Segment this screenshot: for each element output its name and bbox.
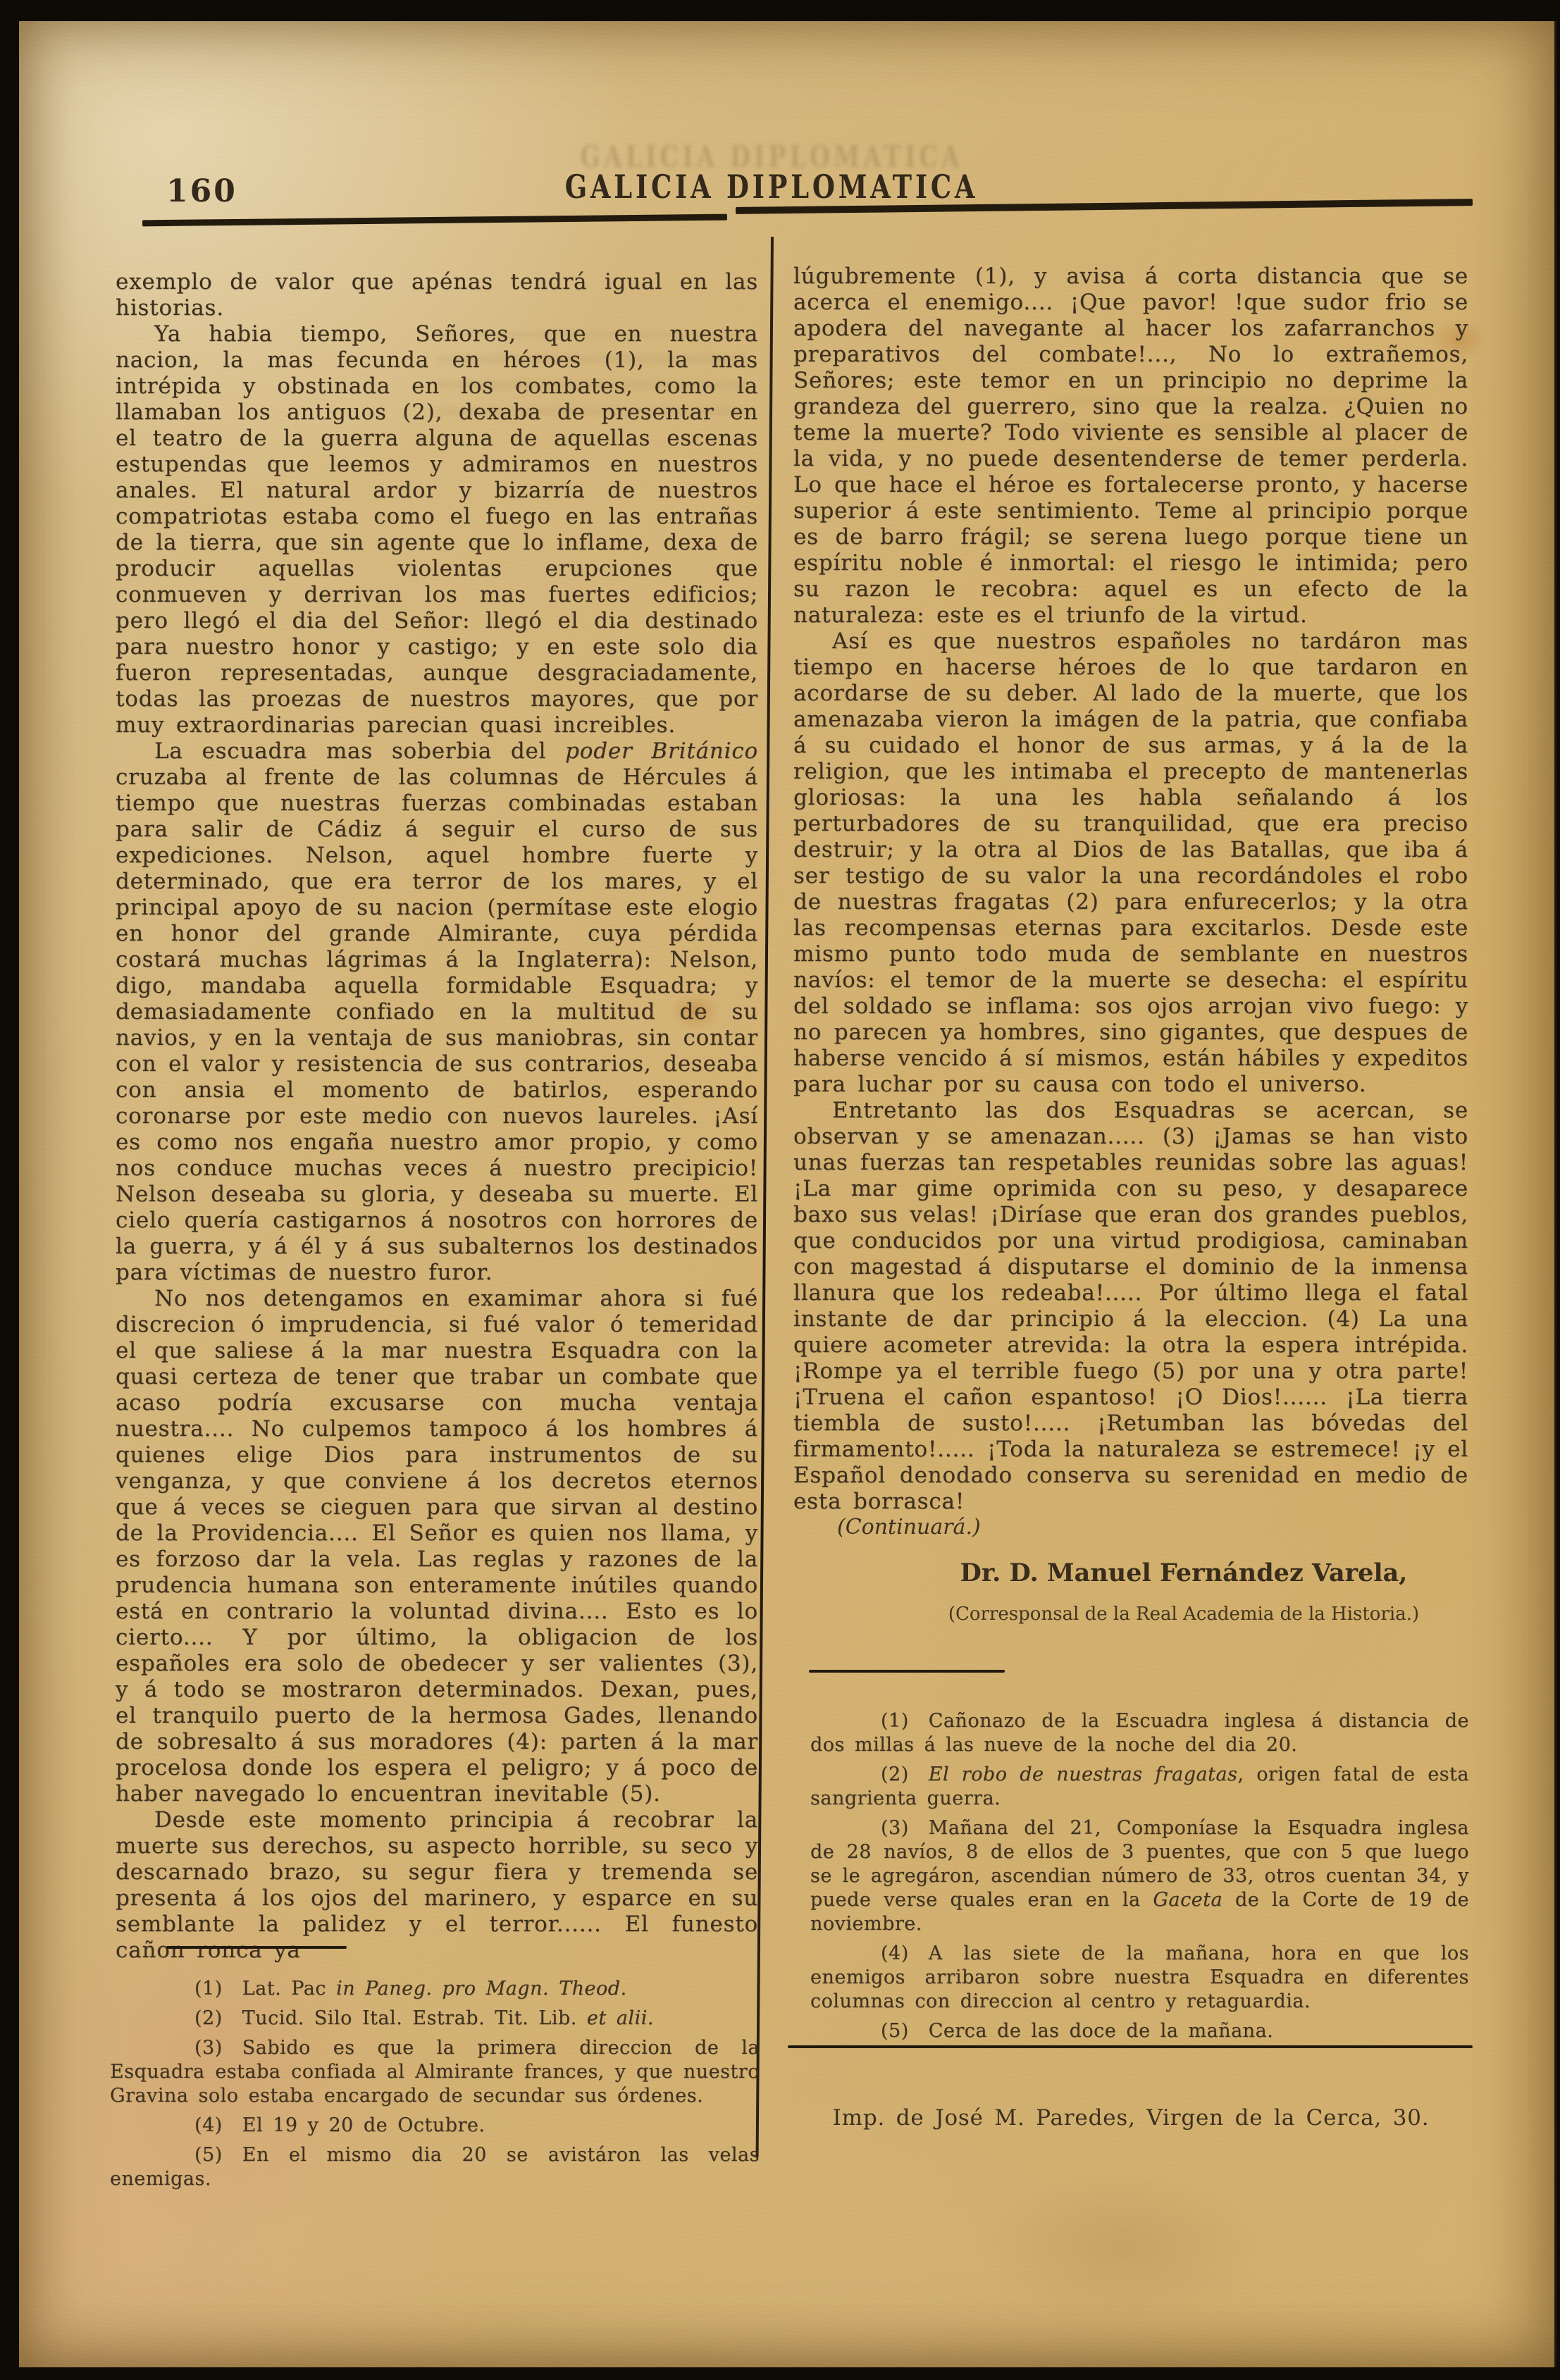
footnote-rule-left xyxy=(166,1946,347,1949)
italic-citation: El robo de nuestras fragatas xyxy=(929,1764,1238,1785)
paragraph: Desde este momento principia á recobrar … xyxy=(116,1807,758,1964)
footnote-number: (5) xyxy=(194,2144,223,2166)
paragraph: Entretanto las dos Esquadras se acercan,… xyxy=(793,1098,1468,1515)
footnote: (1)Cañonazo de la Escuadra inglesa á dis… xyxy=(810,1709,1469,1757)
footnote-number: (3) xyxy=(881,1817,909,1839)
footnote-number: (4) xyxy=(881,1942,909,1964)
author-title: (Corresponsal de la Real Academia de la … xyxy=(867,1604,1501,1625)
footnote-number: (2) xyxy=(194,2007,223,2029)
left-column: exemplo de valor que apénas tendrá igual… xyxy=(116,269,758,1964)
paragraph-text: cruzaba al frente de las columnas de Hér… xyxy=(116,764,758,1285)
paragraph: La escuadra mas soberbia del poder Britá… xyxy=(116,738,758,1286)
footnote-number: (5) xyxy=(881,2020,909,2042)
scan-edge-left xyxy=(0,0,19,2380)
footnote: (3)Sabido es que la primera direccion de… xyxy=(110,2036,760,2108)
left-column-footnotes: (1)Lat. Pac in Paneg. pro Magn. Theod. (… xyxy=(110,1977,760,2197)
footnote: (5)Cerca de las doce de la mañana. xyxy=(810,2019,1469,2043)
scanned-newspaper-page: GALICIA DIPLOMATICA 160 GALICIA DIPLOMAT… xyxy=(0,0,1560,2380)
footnote-number: (3) xyxy=(194,2037,223,2059)
footnote: (5)En el mismo dia 20 se avistáron las v… xyxy=(110,2143,760,2191)
paragraph: Ya habia tiempo, Señores, que en nuestra… xyxy=(116,321,758,738)
masthead-title: GALICIA DIPLOMATICA xyxy=(154,168,1389,206)
italic-citation: Gaceta xyxy=(1153,1889,1222,1911)
footnote-rule-right xyxy=(809,1670,1005,1673)
scan-edge-bottom xyxy=(0,2367,1560,2380)
right-column: lúgubremente (1), y avisa á corta distan… xyxy=(793,264,1468,1515)
footnote-number: (1) xyxy=(881,1710,909,1732)
scan-edge-right xyxy=(1554,0,1560,2380)
footnote-number: (4) xyxy=(194,2114,223,2136)
footnote: (2)El robo de nuestras fragatas, origen … xyxy=(810,1763,1469,1811)
paragraph: Así es que nuestros españoles no tardáro… xyxy=(793,628,1468,1098)
italic-citation: et alii. xyxy=(587,2007,654,2029)
footnote-text: A las siete de la mañana, hora en que lo… xyxy=(810,1942,1469,2012)
author-signature: Dr. D. Manuel Fernández Varela, xyxy=(867,1558,1501,1587)
paragraph: exemplo de valor que apénas tendrá igual… xyxy=(116,269,758,321)
printer-imprint: Imp. de José M. Paredes, Virgen de la Ce… xyxy=(793,2105,1468,2131)
paragraph-text: La escuadra mas soberbia del xyxy=(154,738,565,764)
footnote: (3)Mañana del 21, Componíase la Esquadra… xyxy=(810,1816,1469,1936)
footnote: (4)A las siete de la mañana, hora en que… xyxy=(810,1942,1469,2014)
footnote-text: Cañonazo de la Escuadra inglesa á distan… xyxy=(810,1710,1469,1756)
imprint-rule xyxy=(788,2045,1473,2048)
footnote-text: Lat. Pac xyxy=(242,1978,336,2000)
footnote-text: El 19 y 20 de Octubre. xyxy=(242,2114,485,2136)
paragraph: lúgubremente (1), y avisa á corta distan… xyxy=(793,264,1468,628)
paragraph: No nos detengamos en examimar ahora si f… xyxy=(116,1286,758,1807)
italic-phrase: poder Británico xyxy=(565,738,758,764)
footnote: (1)Lat. Pac in Paneg. pro Magn. Theod. xyxy=(110,1977,760,2001)
footnote-text: Tucid. Silo Ital. Estrab. Tit. Lib. xyxy=(242,2007,587,2029)
right-column-footnotes: (1)Cañonazo de la Escuadra inglesa á dis… xyxy=(810,1709,1469,2049)
footnote-number: (1) xyxy=(194,1978,223,2000)
continuation-notice: (Continuará.) xyxy=(837,1515,981,1539)
footnote: (4)El 19 y 20 de Octubre. xyxy=(110,2114,760,2138)
italic-citation: in Paneg. pro Magn. Theod. xyxy=(336,1978,627,2000)
scan-edge-top xyxy=(0,0,1560,21)
footnote-number: (2) xyxy=(881,1764,909,1785)
footnote: (2)Tucid. Silo Ital. Estrab. Tit. Lib. e… xyxy=(110,2007,760,2031)
footnote-text: Cerca de las doce de la mañana. xyxy=(929,2020,1274,2042)
